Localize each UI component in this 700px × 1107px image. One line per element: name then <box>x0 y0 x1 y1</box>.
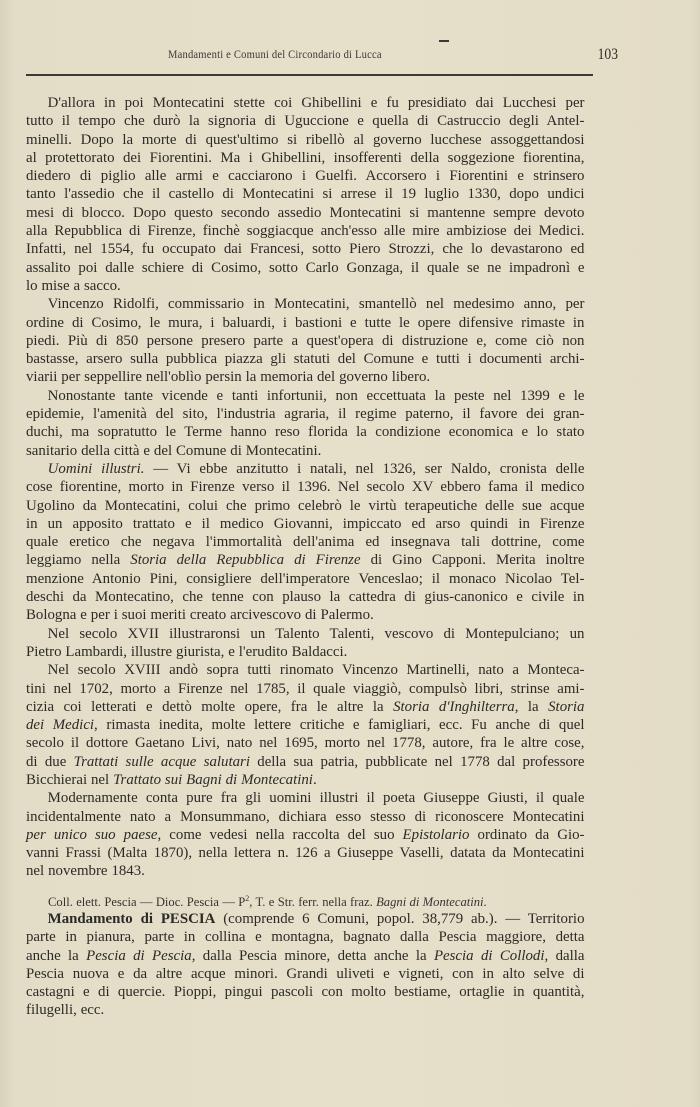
text-line: vanni Frassi (Malta 1870), nella lettera… <box>26 844 584 862</box>
paragraph-secolo-xviii: Nel secolo XVIII andò sopra tutti rinoma… <box>26 661 584 789</box>
text-line: Uomini illustri. — Vi ebbe anzitutto i n… <box>26 460 584 478</box>
text-line: alla Repubblica di Firenze, finchè soggi… <box>26 222 584 240</box>
text-line: dei Medici, rimasta inedita, molte lette… <box>26 716 584 734</box>
text-line: Nonostante tante vicende e tanti infortu… <box>26 387 584 405</box>
text-span: leggiamo nella <box>26 552 130 568</box>
body-text: D'allora in poi Montecatini stette coi G… <box>26 94 593 1020</box>
book-title: dei Medici <box>26 717 94 733</box>
text-line: filugelli, ecc. <box>26 1001 584 1019</box>
text-line: al protettorato dei Fiorentini. Ma i Ghi… <box>26 149 584 167</box>
text-line: diedero di piglio alle armi e cacciarono… <box>26 167 584 185</box>
administrative-note: Coll. elett. Pescia — Dioc. Pescia — P2,… <box>26 891 593 910</box>
text-line: castagni e di quercie. Pioppi, pingui pa… <box>26 983 584 1001</box>
text-line: lo mise a sacco. <box>26 277 584 295</box>
book-title: Storia d'Inghilterra <box>393 699 515 715</box>
text-line: Mandamento di PESCIA (comprende 6 Comuni… <box>26 910 584 928</box>
text-line: Pietro Lambardi, illustre giurista, e l'… <box>26 643 584 661</box>
text-span: cizia coi letterati e dettò molte opere,… <box>26 699 393 715</box>
text-line: in un apposito trattato e il medico Giov… <box>26 515 584 533</box>
text-span: anche la <box>26 948 86 964</box>
text-span: di Gino Capponi. Merita inoltre <box>361 552 585 568</box>
book-title: Trattato sui Bagni di Montecatini <box>113 772 313 788</box>
text-line: epidemie, l'amenità del sito, l'industri… <box>26 405 584 423</box>
text-line: duchi, ma sopratutto le Terme hanno reso… <box>26 423 584 441</box>
text-line: Modernamente conta pure fra gli uomini i… <box>26 789 584 807</box>
text-span: , dalla <box>544 948 584 964</box>
text-line: viarii per seppellire nell'oblìo persin … <box>26 368 584 386</box>
paragraph-ridolfi: Vincenzo Ridolfi, commissario in Monteca… <box>26 295 584 386</box>
section-heading-italic: Uomini illustri. <box>48 461 145 477</box>
paragraph-history: D'allora in poi Montecatini stette coi G… <box>26 94 584 295</box>
text-line: incidentalmente nato a Monsummano, dichi… <box>26 808 584 826</box>
book-title: Trattati sulle acque salutari <box>74 754 250 770</box>
text-line: menzione Antonio Pini, consigliere dell'… <box>26 570 584 588</box>
running-title: Mandamenti e Comuni del Circondario di L… <box>168 49 382 61</box>
text-line: per unico suo paese, come vedesi nella r… <box>26 826 584 844</box>
text-line: parte in pianura, parte in collina e mon… <box>26 928 584 946</box>
text-span: , la <box>515 699 548 715</box>
text-line: sanitario della città e del Comune di Mo… <box>26 442 584 460</box>
text-line: Infatti, nel 1554, fu occupato dai Franc… <box>26 240 584 258</box>
text-line: quale eretico che negava l'immortalità d… <box>26 533 584 551</box>
paragraph-uomini-illustri: Uomini illustri. — Vi ebbe anzitutto i n… <box>26 460 584 625</box>
river-name-italic: Pescia di Pescia <box>86 948 192 964</box>
text-line: leggiamo nella Storia della Repubblica d… <box>26 551 584 569</box>
paragraph-mandamento-pescia: Mandamento di PESCIA (comprende 6 Comuni… <box>26 910 584 1020</box>
book-title: Epistolario <box>403 827 470 843</box>
text-span: , rimasta inedita, molte lettere critich… <box>94 717 584 733</box>
text-line: D'allora in poi Montecatini stette coi G… <box>26 94 584 112</box>
text-line: Nel secolo XVII illustraronsi un Talento… <box>26 625 584 643</box>
text-line: Bicchierai nel Trattato sui Bagni di Mon… <box>26 771 584 789</box>
text-line: di due Trattati sulle acque salutari del… <box>26 753 584 771</box>
text-line: tini nel 1702, morto a Firenze nel 1785,… <box>26 680 584 698</box>
text-line: anche la Pescia di Pescia, dalla Pescia … <box>26 947 584 965</box>
text-line: mesi di blocco. Dopo questo secondo asse… <box>26 204 584 222</box>
text-span: Bicchierai nel <box>26 772 113 788</box>
text-line: nel novembre 1843. <box>26 862 584 880</box>
text-span: , come vedesi nella raccolta del suo <box>158 827 403 843</box>
running-header: Mandamenti e Comuni del Circondario di L… <box>26 47 618 67</box>
text-span: ordinato da Gio- <box>469 827 584 843</box>
section-heading-bold: Mandamento di PESCIA <box>48 911 216 927</box>
text-span: , T. e Str. ferr. nella fraz. <box>249 895 376 909</box>
text-line: secolo il dottore Gaetano Livi, nato nel… <box>26 734 584 752</box>
text-line: piedi. Più di 850 persone presero parte … <box>26 332 584 350</box>
paragraph-terme: Nonostante tante vicende e tanti infortu… <box>26 387 584 460</box>
paragraph-modernamente: Modernamente conta pure fra gli uomini i… <box>26 789 584 880</box>
text-line: Pescia nuova e da altre acque minori. Gr… <box>26 965 584 983</box>
text-span: , dalla Pescia minore, detta anche la <box>192 948 434 964</box>
text-line: deschi da Montecatino, che tenne con pla… <box>26 588 584 606</box>
text-line: Bologna e per i suoi meriti creato arciv… <box>26 606 584 624</box>
text-span: — Vi ebbe anzitutto i natali, nel 1326, … <box>144 461 584 477</box>
text-line: ordine di Cosimo, le mura, i baluardi, i… <box>26 314 584 332</box>
paragraph-secolo-xvii: Nel secolo XVII illustraronsi un Talento… <box>26 625 584 662</box>
text-line: assalito poi dalle schiere di Cosimo, so… <box>26 259 584 277</box>
river-name-italic: Pescia di Collodi <box>434 948 545 964</box>
text-span: . <box>484 895 487 909</box>
text-line: tutto il tempo che durò la signoria di U… <box>26 112 584 130</box>
text-line: Vincenzo Ridolfi, commissario in Monteca… <box>26 295 584 313</box>
text-line: cizia coi letterati e dettò molte opere,… <box>26 698 584 716</box>
book-title: Storia <box>548 699 584 715</box>
text-span: Coll. elett. Pescia — Dioc. Pescia — P <box>48 895 245 909</box>
text-line: tanto l'assedio che il castello di Monte… <box>26 185 584 203</box>
text-line: Ugolino da Montecatini, colui che primo … <box>26 497 584 515</box>
text-span: . <box>313 772 317 788</box>
quote-italic: per unico suo paese <box>26 827 158 843</box>
text-line: cose fiorentine, morto in Firenze verso … <box>26 478 584 496</box>
text-span: della sua patria, pubblicate nel 1778 da… <box>250 754 585 770</box>
printer-mark <box>439 40 449 42</box>
place-name-italic: Bagni di Montecatini <box>376 895 483 909</box>
text-span: di due <box>26 754 74 770</box>
text-line: minelli. Dopo la morte di quest'ultimo s… <box>26 131 584 149</box>
header-rule <box>26 74 593 76</box>
page-number: 103 <box>598 46 618 64</box>
book-title: Storia della Repubblica di Firenze <box>130 552 360 568</box>
text-line: bastasse, arsero sulla pubblica piazza g… <box>26 350 584 368</box>
text-line: Nel secolo XVIII andò sopra tutti rinoma… <box>26 661 584 679</box>
text-span: (comprende 6 Comuni, popol. 38,779 ab.).… <box>215 911 584 927</box>
